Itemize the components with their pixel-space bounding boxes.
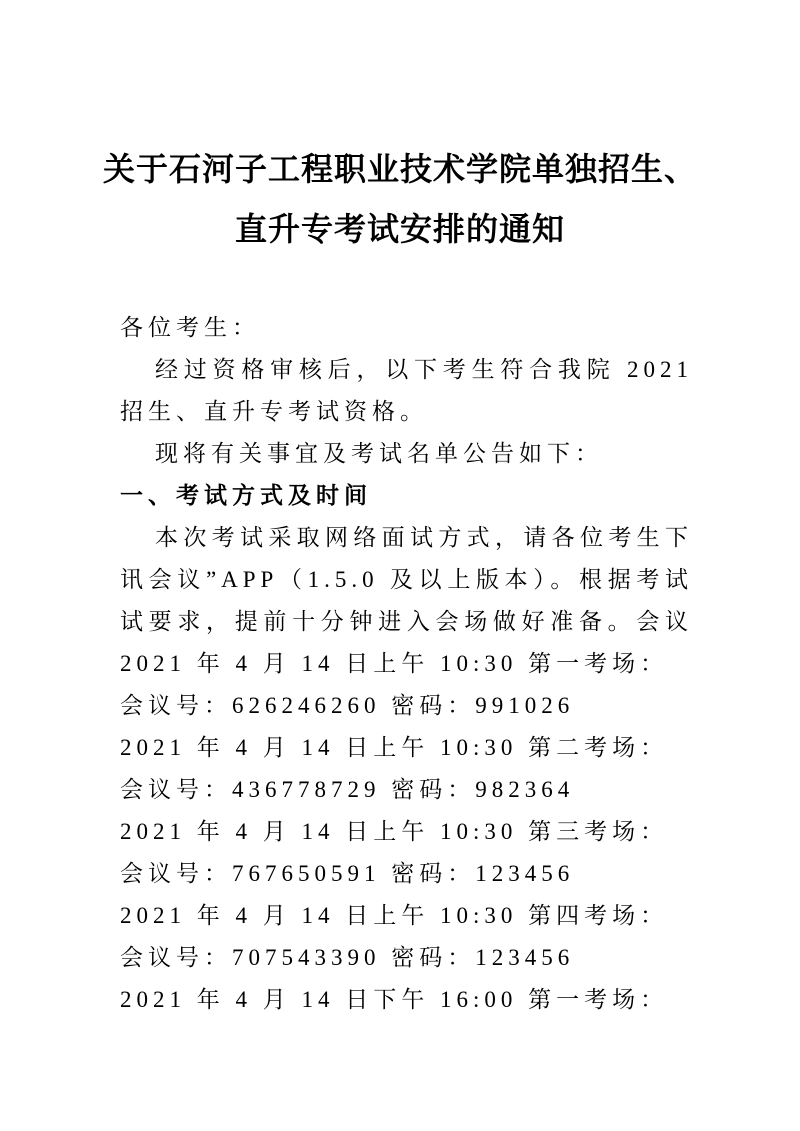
document-body: 各位考生： 经过资格审核后，以下考生符合我院 2021 年单独 招生、直升专考试… xyxy=(120,307,693,1021)
document-page: 关于石河子工程职业技术学院单独招生、 直升专考试安排的通知 各位考生： 经过资格… xyxy=(0,0,800,1131)
salutation: 各位考生： xyxy=(120,307,693,349)
intro-line-3: 现将有关事宜及考试名单公告如下： xyxy=(120,433,693,475)
exam-session-1-meeting-credentials: 会议号：626246260 密码：991026 xyxy=(120,685,693,727)
exam-method-line-3: 试要求，提前十分钟进入会场做好准备。会议号如下： xyxy=(120,601,693,643)
exam-method-line-1: 本次考试采取网络面试方式，请各位考生下载“腾 xyxy=(120,517,693,559)
exam-session-4-meeting-credentials: 会议号：707543390 密码：123456 xyxy=(120,937,693,979)
exam-session-3-time: 2021 年 4 月 14 日上午 10:30 第三考场： xyxy=(120,811,693,853)
section-1-heading: 一、考试方式及时间 xyxy=(120,475,693,517)
title-line-2: 直升专考试安排的通知 xyxy=(0,199,800,259)
intro-line-2: 招生、直升专考试资格。 xyxy=(120,391,693,433)
document-title: 关于石河子工程职业技术学院单独招生、 直升专考试安排的通知 xyxy=(0,0,800,259)
exam-session-2-time: 2021 年 4 月 14 日上午 10:30 第二考场： xyxy=(120,727,693,769)
exam-session-3-meeting-credentials: 会议号：767650591 密码：123456 xyxy=(120,853,693,895)
exam-session-1-time: 2021 年 4 月 14 日上午 10:30 第一考场： xyxy=(120,643,693,685)
exam-method-line-2: 讯会议”APP（1.5.0 及以上版本）。根据考试名单及考 xyxy=(120,559,693,601)
title-line-1: 关于石河子工程职业技术学院单独招生、 xyxy=(0,139,800,199)
intro-line-1: 经过资格审核后，以下考生符合我院 2021 年单独 xyxy=(120,349,693,391)
exam-session-5-time: 2021 年 4 月 14 日下午 16:00 第一考场： xyxy=(120,979,693,1021)
exam-session-4-time: 2021 年 4 月 14 日上午 10:30 第四考场： xyxy=(120,895,693,937)
exam-session-2-meeting-credentials: 会议号：436778729 密码：982364 xyxy=(120,769,693,811)
